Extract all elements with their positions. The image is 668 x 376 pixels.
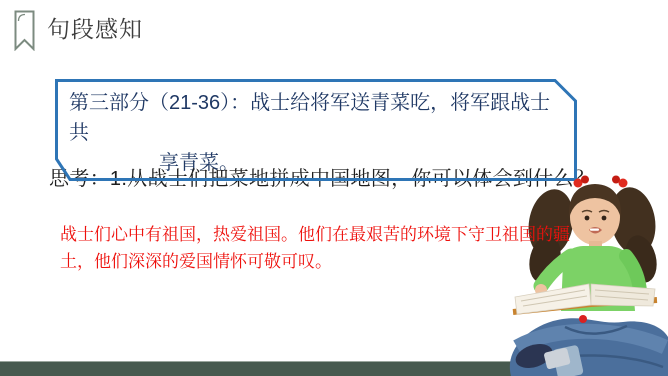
answer-line: 土，他们深深的爱国情怀可敬可叹。 [60,248,570,275]
girl-reading-photo [505,175,668,376]
slide: 句段感知 第三部分（21-36）：战士给将军送青菜吃，将军跟战士 共 享青菜。 … [0,0,668,376]
callout-line: 共 [69,118,569,148]
bookmark-icon [14,10,35,51]
slide-header: 句段感知 [14,10,143,51]
book-charm [579,315,587,323]
answer-line: 战士们心中有祖国，热爱祖国。他们在最艰苦的环境下守卫祖国的疆 [60,221,570,248]
answer-text: 战士们心中有祖国，热爱祖国。他们在最艰苦的环境下守卫祖国的疆 土，他们深深的爱国… [60,221,570,275]
callout-line: 第三部分（21-36）：战士给将军送青菜吃，将军跟战士 [69,88,569,118]
callout-text: 第三部分（21-36）：战士给将军送青菜吃，将军跟战士 共 享青菜。 [69,88,569,178]
page-title: 句段感知 [47,16,143,42]
callout-box: 第三部分（21-36）：战士给将军送青菜吃，将军跟战士 共 享青菜。 [55,79,577,181]
